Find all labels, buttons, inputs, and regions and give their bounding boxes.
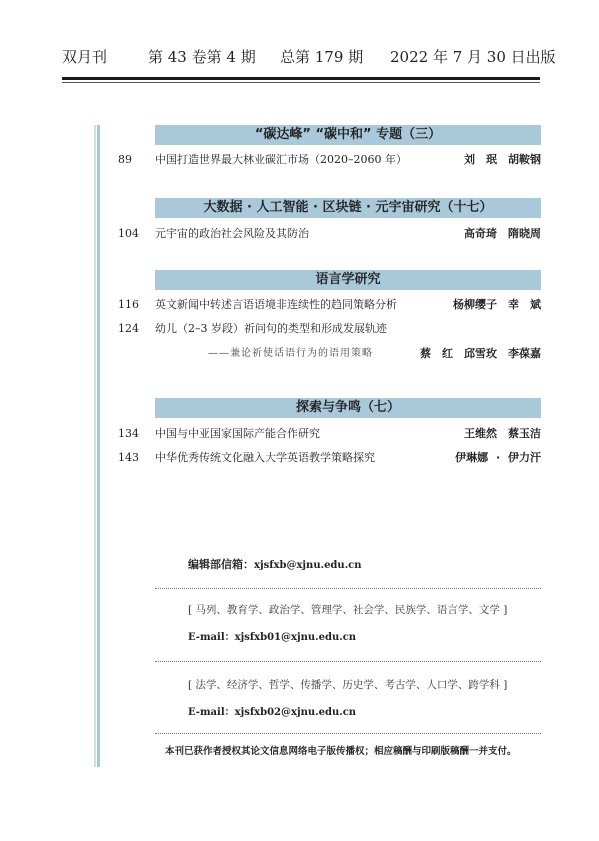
dotted-divider bbox=[155, 733, 541, 734]
journal-header: 双月刊 第 43 卷第 4 期 总第 179 期 2022 年 7 月 30 日… bbox=[62, 46, 542, 70]
authors: 杨柳缨子 幸 斌 bbox=[453, 296, 541, 314]
toc-entry[interactable]: 134 中国与中亚国家国际产能合作研究 王维然 蔡玉洁 bbox=[118, 425, 541, 443]
side-line-thick bbox=[97, 125, 100, 767]
dotted-divider bbox=[155, 588, 541, 589]
toc-entry[interactable]: 143 中华优秀传统文化融入大学英语教学策略探究 伊琳娜 · 伊力汗 bbox=[118, 449, 541, 467]
page-number: 116 bbox=[118, 296, 139, 314]
toc-entry[interactable]: 124 幼儿（2–3 岁段）祈问句的类型和形成发展轨迹 bbox=[118, 320, 541, 338]
dotted-divider bbox=[155, 661, 541, 662]
page-number: 104 bbox=[118, 225, 139, 243]
volume-issue: 第 43 卷第 4 期 bbox=[148, 46, 256, 67]
group2-fields: [ 法学、经济学、哲学、传播学、历史学、考古学、人口学、跨学科 ] bbox=[188, 677, 507, 692]
group2-email[interactable]: E-mail：xjsfxb02@xjnu.edu.cn bbox=[188, 703, 356, 718]
toc-entry[interactable]: 89 中国打造世界最大林业碳汇市场（2020–2060 年） 刘 珉 胡鞍钢 bbox=[118, 151, 541, 169]
total-issue: 总第 179 期 bbox=[280, 46, 363, 67]
article-title[interactable]: 元宇宙的政治社会风险及其防治 bbox=[155, 225, 309, 243]
article-title[interactable]: 中国打造世界最大林业碳汇市场（2020–2060 年） bbox=[155, 151, 407, 169]
group1-fields: [ 马列、教育学、政治学、管理学、社会学、民族学、语言学、文学 ] bbox=[188, 602, 507, 617]
section-header: “碳达峰” “碳中和” 专题（三） bbox=[155, 125, 541, 145]
header-rule-thick bbox=[62, 77, 540, 80]
editorial-label: 编辑部信箱： bbox=[188, 558, 254, 571]
article-title[interactable]: 中国与中亚国家国际产能合作研究 bbox=[155, 425, 320, 443]
editorial-contact: 编辑部信箱：xjsfxb@xjnu.edu.cn bbox=[188, 556, 362, 572]
toc-entry[interactable]: 104 元宇宙的政治社会风险及其防治 高奇琦 隋晓周 bbox=[118, 225, 541, 243]
authors: 蔡 红 邱雪玫 李葆嘉 bbox=[420, 345, 541, 363]
authors: 伊琳娜 · 伊力汗 bbox=[455, 449, 541, 467]
publication-date: 2022 年 7 月 30 日出版 bbox=[390, 46, 556, 67]
article-subtitle: ——兼论祈使话语行为的语用策略 bbox=[208, 345, 373, 363]
article-title[interactable]: 英文新闻中转述言语语境非连续性的趋同策略分析 bbox=[155, 296, 397, 314]
article-title[interactable]: 中华优秀传统文化融入大学英语教学策略探究 bbox=[155, 449, 375, 467]
page-number: 134 bbox=[118, 425, 139, 443]
section-header: 探索与争鸣（七） bbox=[155, 398, 541, 418]
page-number: 143 bbox=[118, 449, 139, 467]
page-number: 124 bbox=[118, 320, 139, 338]
header-rule-thin bbox=[62, 82, 540, 83]
article-title[interactable]: 幼儿（2–3 岁段）祈问句的类型和形成发展轨迹 bbox=[155, 320, 387, 338]
toc-entry[interactable]: 116 英文新闻中转述言语语境非连续性的趋同策略分析 杨柳缨子 幸 斌 bbox=[118, 296, 541, 314]
authors: 王维然 蔡玉洁 bbox=[464, 425, 541, 443]
group1-email[interactable]: E-mail：xjsfxb01@xjnu.edu.cn bbox=[188, 628, 356, 643]
editorial-email[interactable]: xjsfxb@xjnu.edu.cn bbox=[254, 560, 362, 571]
authors: 高奇琦 隋晓周 bbox=[464, 225, 541, 243]
frequency: 双月刊 bbox=[62, 46, 107, 67]
section-header: 大数据 · 人工智能 · 区块链 · 元宇宙研究（十七） bbox=[155, 198, 541, 218]
authors: 刘 珉 胡鞍钢 bbox=[464, 151, 541, 169]
toc-entry-subtitle-line: ——兼论祈使话语行为的语用策略 蔡 红 邱雪玫 李葆嘉 bbox=[118, 345, 541, 363]
side-line-thin bbox=[94, 125, 96, 767]
copyright-notice: 本刊已获作者授权其论文信息网络电子版传播权；相应稿酬与印刷版稿酬一并支付。 bbox=[165, 743, 517, 757]
page-number: 89 bbox=[118, 151, 132, 169]
section-header: 语言学研究 bbox=[155, 270, 541, 290]
